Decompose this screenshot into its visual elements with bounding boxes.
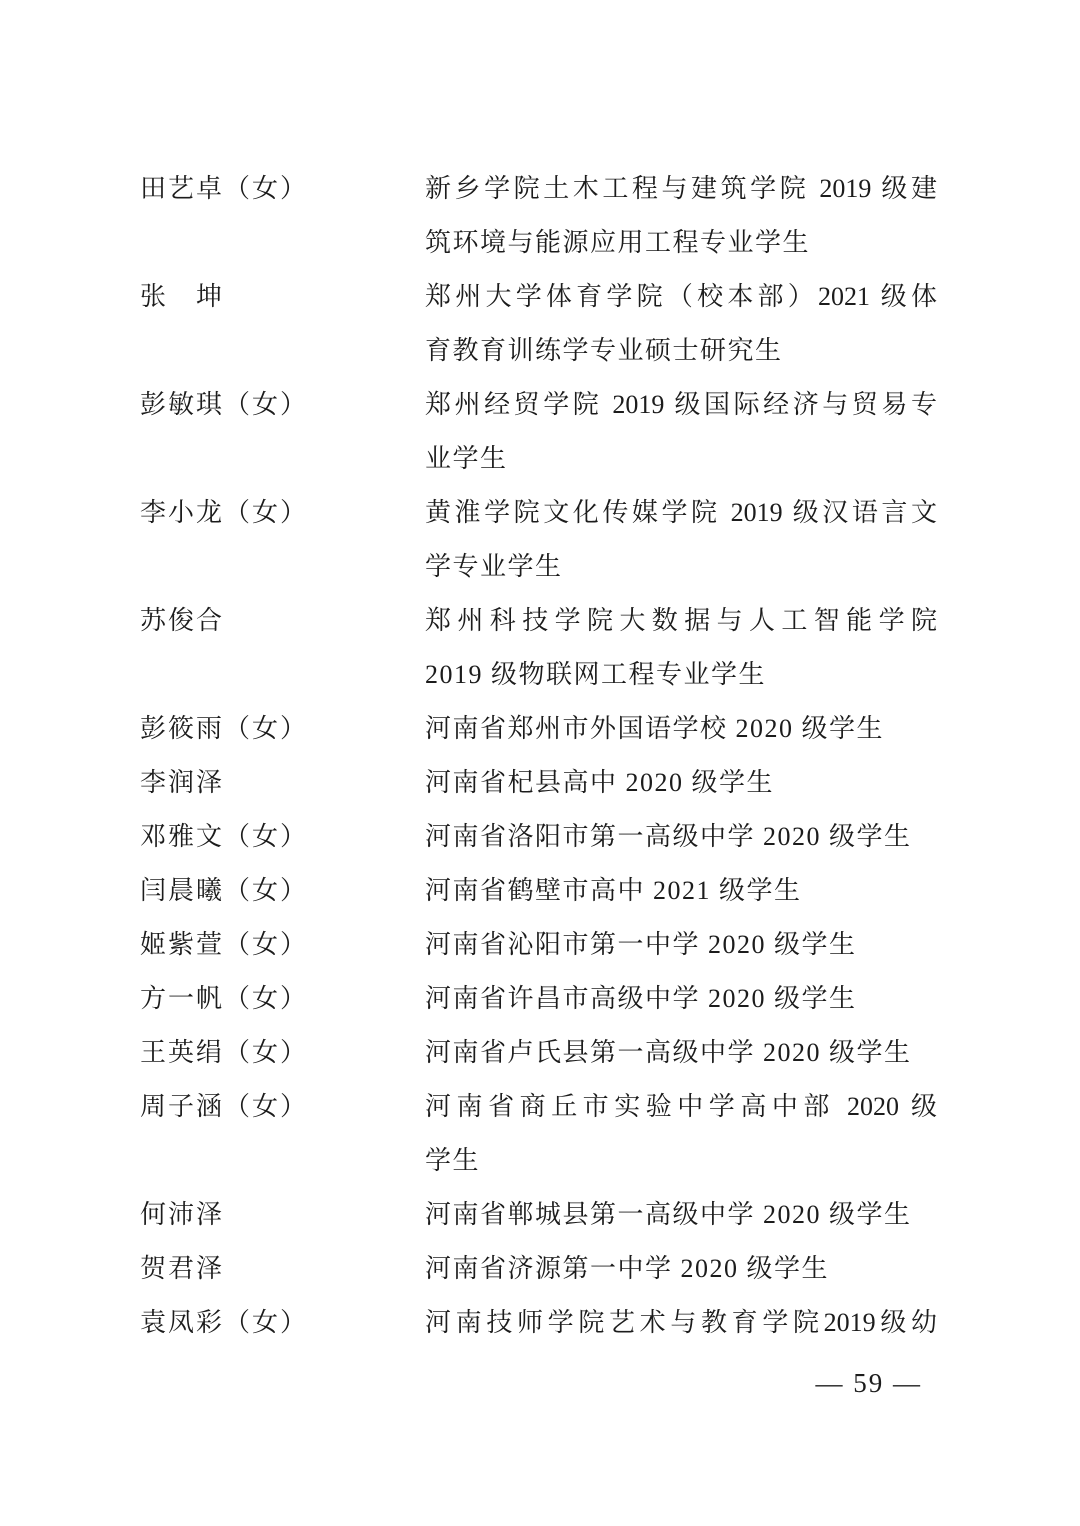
list-item: 苏俊合 郑州科技学院大数据与人工智能学院2019 级物联网工程专业学生 [140,594,937,702]
entry-description: 河南省卢氏县第一高级中学 2020 级学生 [425,1026,937,1080]
list-item: 田艺卓（女） 新乡学院土木工程与建筑学院 2019 级建筑环境与能源应用工程专业… [140,162,937,270]
page-number: — 59 — [816,1356,923,1410]
description-line: 河南省许昌市高级中学 2020 级学生 [425,972,937,1026]
entry-description: 河南技师学院艺术与教育学院2019级幼 [425,1296,937,1350]
description-line: 河南省郑州市外国语学校 2020 级学生 [425,702,937,756]
entry-description: 河南省郸城县第一高级中学 2020 级学生 [425,1188,937,1242]
entry-description: 黄淮学院文化传媒学院 2019 级汉语言文学专业学生 [425,486,937,594]
entry-description: 河南省鹤壁市高中 2021 级学生 [425,864,937,918]
entry-description: 河南省商丘市实验中学高中部 2020 级学生 [425,1080,937,1188]
entry-description: 河南省济源第一中学 2020 级学生 [425,1242,937,1296]
description-line: 育教育训练学专业硕士研究生 [425,324,937,378]
entry-name: 李小龙（女） [140,486,425,540]
list-item: 李小龙（女） 黄淮学院文化传媒学院 2019 级汉语言文学专业学生 [140,486,937,594]
entry-description: 河南省洛阳市第一高级中学 2020 级学生 [425,810,937,864]
entry-description: 河南省沁阳市第一中学 2020 级学生 [425,918,937,972]
description-line: 新乡学院土木工程与建筑学院 2019 级建 [425,162,937,216]
description-line: 河南省卢氏县第一高级中学 2020 级学生 [425,1026,937,1080]
list-item: 李润泽 河南省杞县高中 2020 级学生 [140,756,937,810]
description-line: 河南省济源第一中学 2020 级学生 [425,1242,937,1296]
description-line: 学生 [425,1134,937,1188]
list-item: 彭筱雨（女） 河南省郑州市外国语学校 2020 级学生 [140,702,937,756]
list-item: 姬紫萱（女） 河南省沁阳市第一中学 2020 级学生 [140,918,937,972]
list-item: 何沛泽 河南省郸城县第一高级中学 2020 级学生 [140,1188,937,1242]
description-line: 郑州大学体育学院（校本部）2021 级体 [425,270,937,324]
entry-description: 郑州经贸学院 2019 级国际经济与贸易专业学生 [425,378,937,486]
list-item: 袁凤彩（女） 河南技师学院艺术与教育学院2019级幼 [140,1296,937,1350]
description-line: 学专业学生 [425,540,937,594]
list-item: 闫晨曦（女） 河南省鹤壁市高中 2021 级学生 [140,864,937,918]
entry-name: 何沛泽 [140,1188,425,1242]
entry-name: 方一帆（女） [140,972,425,1026]
entry-name: 张 坤 [140,270,425,324]
recipient-list: 田艺卓（女） 新乡学院土木工程与建筑学院 2019 级建筑环境与能源应用工程专业… [140,162,937,1350]
list-item: 贺君泽 河南省济源第一中学 2020 级学生 [140,1242,937,1296]
entry-name: 王英绢（女） [140,1026,425,1080]
entry-name: 彭敏琪（女） [140,378,425,432]
entry-name: 李润泽 [140,756,425,810]
description-line: 河南省商丘市实验中学高中部 2020 级 [425,1080,937,1134]
list-item: 王英绢（女） 河南省卢氏县第一高级中学 2020 级学生 [140,1026,937,1080]
list-item: 彭敏琪（女） 郑州经贸学院 2019 级国际经济与贸易专业学生 [140,378,937,486]
description-line: 河南技师学院艺术与教育学院2019级幼 [425,1296,937,1350]
entry-description: 新乡学院土木工程与建筑学院 2019 级建筑环境与能源应用工程专业学生 [425,162,937,270]
description-line: 黄淮学院文化传媒学院 2019 级汉语言文 [425,486,937,540]
description-line: 河南省郸城县第一高级中学 2020 级学生 [425,1188,937,1242]
entry-name: 姬紫萱（女） [140,918,425,972]
description-line: 河南省杞县高中 2020 级学生 [425,756,937,810]
entry-name: 苏俊合 [140,594,425,648]
entry-name: 邓雅文（女） [140,810,425,864]
entry-description: 郑州科技学院大数据与人工智能学院2019 级物联网工程专业学生 [425,594,937,702]
entry-name: 周子涵（女） [140,1080,425,1134]
description-line: 2019 级物联网工程专业学生 [425,648,937,702]
entry-name: 贺君泽 [140,1242,425,1296]
entry-name: 彭筱雨（女） [140,702,425,756]
list-item: 周子涵（女） 河南省商丘市实验中学高中部 2020 级学生 [140,1080,937,1188]
entry-description: 河南省杞县高中 2020 级学生 [425,756,937,810]
description-line: 筑环境与能源应用工程专业学生 [425,216,937,270]
description-line: 郑州经贸学院 2019 级国际经济与贸易专 [425,378,937,432]
description-line: 郑州科技学院大数据与人工智能学院 [425,594,937,648]
description-line: 业学生 [425,432,937,486]
document-page: 田艺卓（女） 新乡学院土木工程与建筑学院 2019 级建筑环境与能源应用工程专业… [0,0,1080,1526]
list-item: 张 坤 郑州大学体育学院（校本部）2021 级体育教育训练学专业硕士研究生 [140,270,937,378]
entry-description: 河南省郑州市外国语学校 2020 级学生 [425,702,937,756]
description-line: 河南省沁阳市第一中学 2020 级学生 [425,918,937,972]
list-item: 邓雅文（女） 河南省洛阳市第一高级中学 2020 级学生 [140,810,937,864]
entry-name: 闫晨曦（女） [140,864,425,918]
entry-name: 袁凤彩（女） [140,1296,425,1350]
entry-description: 郑州大学体育学院（校本部）2021 级体育教育训练学专业硕士研究生 [425,270,937,378]
entry-description: 河南省许昌市高级中学 2020 级学生 [425,972,937,1026]
description-line: 河南省鹤壁市高中 2021 级学生 [425,864,937,918]
description-line: 河南省洛阳市第一高级中学 2020 级学生 [425,810,937,864]
list-item: 方一帆（女） 河南省许昌市高级中学 2020 级学生 [140,972,937,1026]
entry-name: 田艺卓（女） [140,162,425,216]
